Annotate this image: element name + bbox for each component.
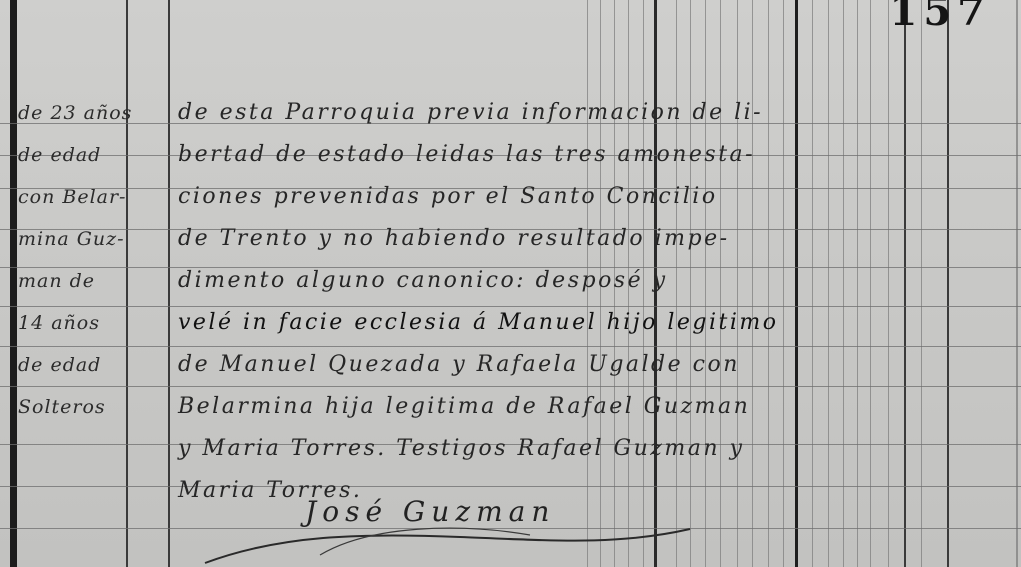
signature-flourish-icon (200, 515, 700, 567)
entry-line: y Maria Torres. Testigos Rafael Guzman y (178, 428, 1008, 470)
entry-line: bertad de estado leidas las tres amonest… (178, 134, 1008, 176)
ledger-rule (1016, 0, 1018, 567)
margin-note-line: de edad (18, 134, 163, 176)
entry-line: dimento alguno canonico: desposé y (178, 260, 1008, 302)
entry-line: de Manuel Quezada y Rafaela Ugalde con (178, 344, 1008, 386)
column-rule (168, 0, 170, 567)
margin-note-line: 14 años (18, 302, 163, 344)
entry-line: de esta Parroquia previa informacion de … (178, 92, 1008, 134)
margin-note-line: de 23 años (18, 92, 163, 134)
entry-line: Maria Torres. (178, 470, 1008, 512)
entry-line: velé in facie ecclesia á Manuel hijo leg… (178, 302, 1008, 344)
margin-note: de 23 años de edad con Belar- mina Guz- … (18, 92, 163, 428)
margin-note-line: mina Guz- (18, 218, 163, 260)
margin-rule-thick (10, 0, 17, 567)
margin-note-line: man de (18, 260, 163, 302)
page-number: 157 (890, 0, 992, 35)
register-page: 157 de 23 años de edad con Belar- mina G… (0, 0, 1021, 567)
marriage-entry: de esta Parroquia previa informacion de … (178, 92, 1008, 512)
entry-line: Belarmina hija legitima de Rafael Guzman (178, 386, 1008, 428)
margin-note-line: Solteros (18, 386, 163, 428)
margin-note-line: de edad (18, 344, 163, 386)
entry-line: ciones prevenidas por el Santo Concilio (178, 176, 1008, 218)
margin-note-line: con Belar- (18, 176, 163, 218)
entry-line: de Trento y no habiendo resultado impe- (178, 218, 1008, 260)
